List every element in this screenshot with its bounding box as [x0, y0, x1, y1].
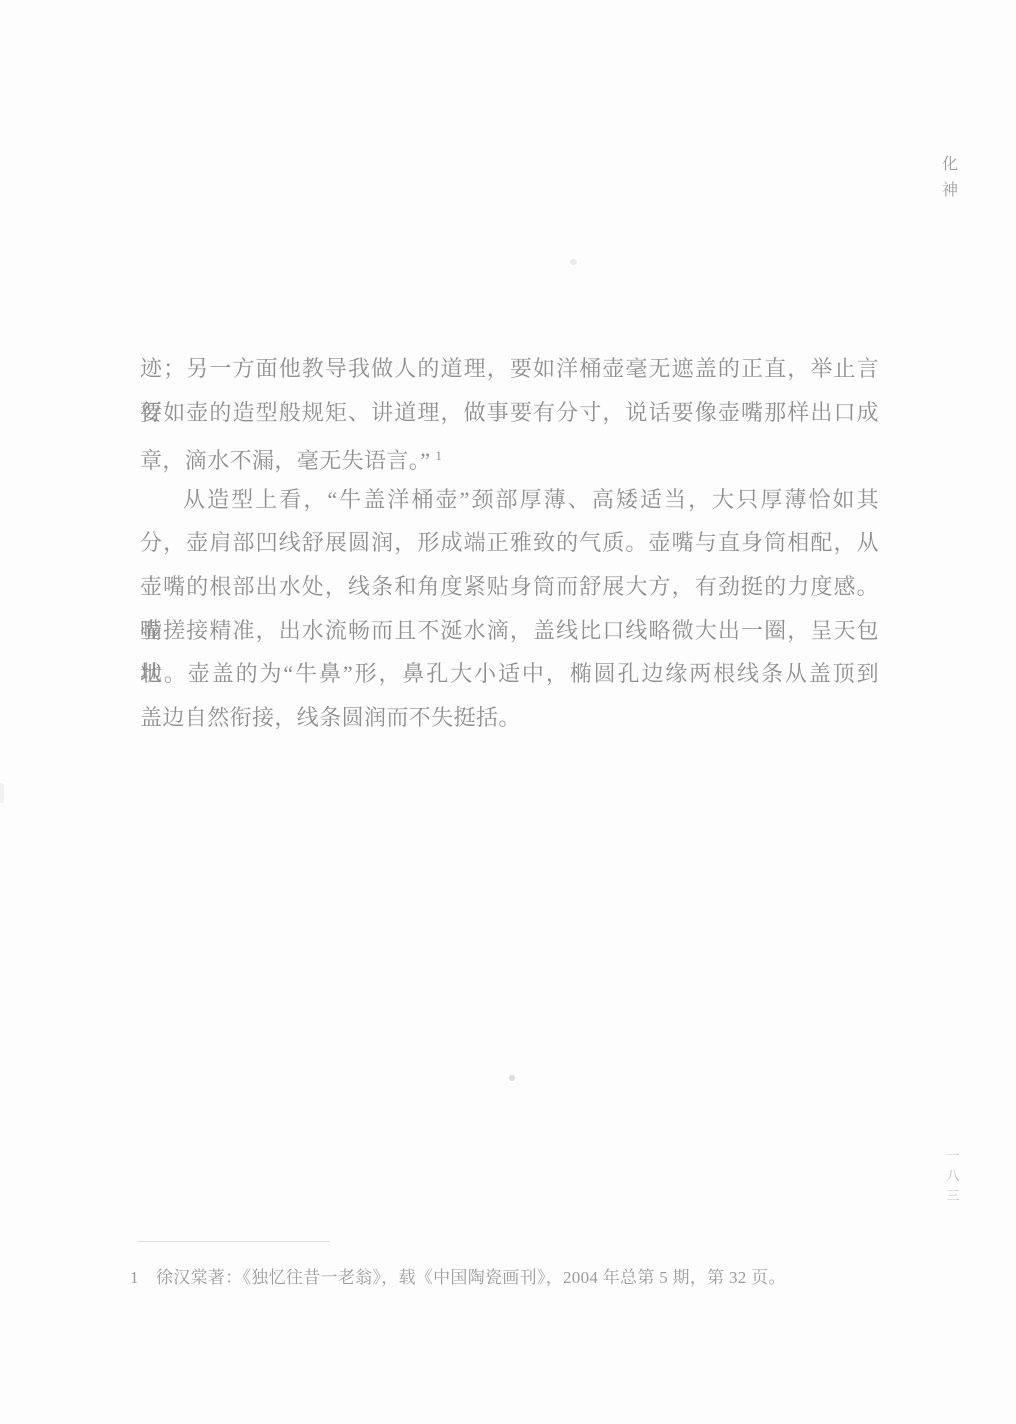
text-line: 状。壶盖的为“牛鼻”形，鼻孔大小适中，椭圆孔边缘两根线条从盖顶到: [140, 652, 879, 696]
footnote-text: 徐汉棠著：《独忆往昔一老翁》，载《中国陶瓷画刊》，2004 年总第 5 期，第 …: [156, 1265, 786, 1291]
footnote-number: 1: [130, 1265, 156, 1291]
text-line: 壶嘴的根部出水处，线条和角度紧贴身筒而舒展大方，有劲挺的力度感。壶: [140, 565, 879, 609]
body-text-block: 迹；另一方面他教导我做人的道理，要如洋桶壶毫无遮盖的正直，举止言行 要如壶的造型…: [140, 347, 879, 739]
text-line: 从造型上看，“牛盖洋桶壶”颈部厚薄、高矮适当，大只厚薄恰如其: [140, 478, 879, 522]
text-line: 章，滴水不漏，毫无失语言。”1: [140, 434, 879, 478]
footnote-separator-rule: [137, 1241, 330, 1242]
book-page: 化 神 迹；另一方面他教导我做人的道理，要如洋桶壶毫无遮盖的正直，举止言行 要如…: [0, 0, 1016, 1424]
chapter-margin-label: 化 神: [938, 152, 962, 204]
paragraph-2: 从造型上看，“牛盖洋桶壶”颈部厚薄、高矮适当，大只厚薄恰如其 分，壶肩部凹线舒展…: [140, 478, 879, 740]
scan-artifact-edge-smudge: [0, 783, 4, 803]
text-line: 分，壶肩部凹线舒展圆润，形成端正雅致的气质。壶嘴与直身筒相配，从: [140, 521, 879, 565]
margin-label-char: 化: [942, 152, 958, 178]
page-number-vertical: 一 八 三: [944, 1146, 962, 1206]
footnote: 1 徐汉棠著：《独忆往昔一老翁》，载《中国陶瓷画刊》，2004 年总第 5 期，…: [130, 1265, 870, 1291]
text-line: 盖边自然衔接，线条圆润而不失挺括。: [140, 696, 879, 740]
page-number-char: 一: [946, 1146, 959, 1166]
text-line-content: 章，滴水不漏，毫无失语言。”: [140, 448, 430, 473]
text-line: 迹；另一方面他教导我做人的道理，要如洋桶壶毫无遮盖的正直，举止言行: [140, 347, 879, 391]
margin-label-char: 神: [942, 178, 958, 204]
text-line: 要如壶的造型般规矩、讲道理，做事要有分寸，说话要像壶嘴那样出口成: [140, 391, 879, 435]
scan-artifact-dot: [570, 259, 577, 265]
page-number-char: 八: [946, 1166, 959, 1186]
footnote-ref-marker: 1: [435, 448, 442, 463]
text-line: 嘴搓接精准，出水流畅而且不涎水滴，盖线比口线略微大出一圈，呈天包地: [140, 609, 879, 653]
scan-artifact-dot: [509, 1075, 515, 1081]
page-number-char: 三: [946, 1186, 959, 1206]
paragraph-1: 迹；另一方面他教导我做人的道理，要如洋桶壶毫无遮盖的正直，举止言行 要如壶的造型…: [140, 347, 879, 478]
